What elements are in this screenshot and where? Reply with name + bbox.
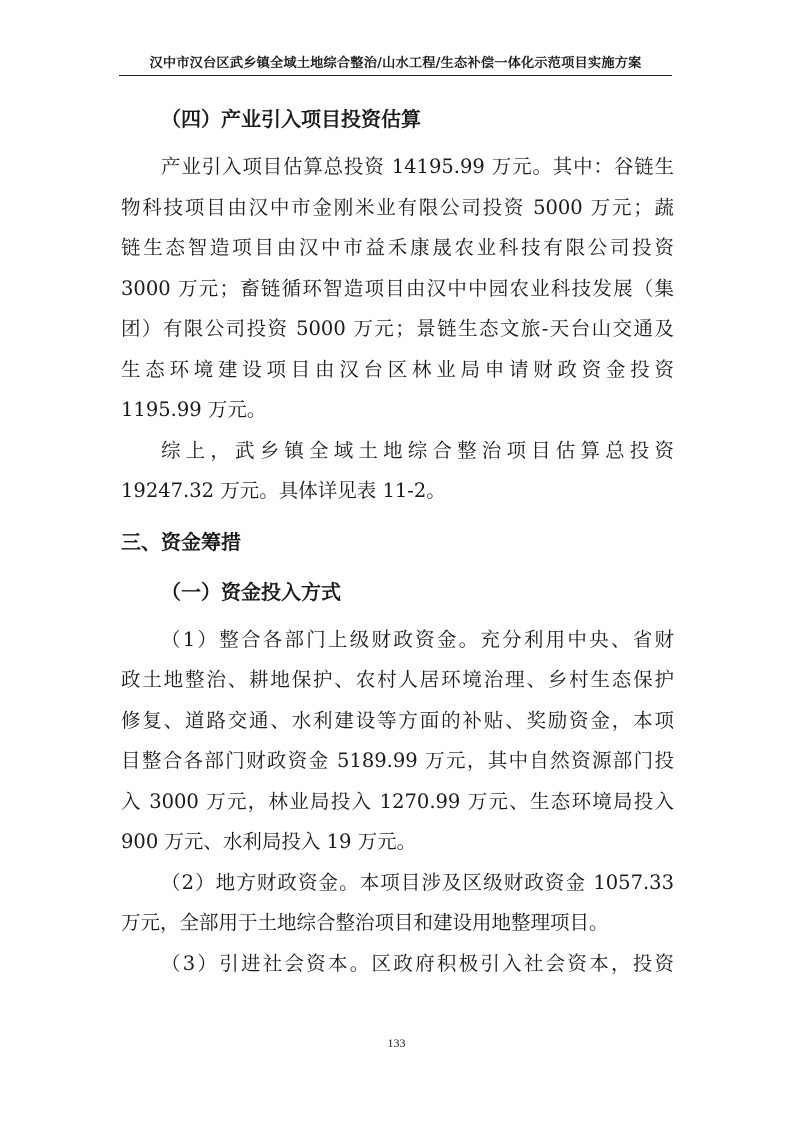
paragraph-line: 入 3000 万元，林业局投入 1270.99 万元、生态环境局投入 (121, 782, 674, 823)
paragraph-line: 链生态智造项目由汉中市益禾康晟农业科技有限公司投资 (121, 228, 674, 269)
paragraph-line: （2）地方财政资金。本项目涉及区级财政资金 1057.33 (121, 863, 674, 904)
paragraph-line: 目整合各部门财政资金 5189.99 万元，其中自然资源部门投 (121, 741, 674, 782)
paragraph-line: （1）整合各部门上级财政资金。充分利用中央、省财 (121, 620, 674, 661)
paragraph-line: 万元，全部用于土地综合整治项目和建设用地整理项目。 (121, 903, 674, 944)
paragraph-total-investment: 综上，武乡镇全域土地综合整治项目估算总投资 19247.32 万元。具体详见表 … (121, 431, 674, 512)
paragraph-line: 团）有限公司投资 5000 万元；景链生态文旅-天台山交通及 (121, 309, 674, 350)
paragraph-line: 政土地整治、耕地保护、农村人居环境治理、乡村生态保护 (121, 660, 674, 701)
paragraph-superior-funds: （1）整合各部门上级财政资金。充分利用中央、省财 政土地整治、耕地保护、农村人居… (121, 620, 674, 863)
paragraph-line: 1195.99 万元。 (121, 390, 674, 431)
page-number: 133 (0, 1036, 793, 1051)
paragraph-line: （3）引进社会资本。区政府积极引入社会资本，投资 (121, 944, 674, 985)
paragraph-line: 3000 万元；畜链循环智造项目由汉中中园农业科技发展（集 (121, 269, 674, 310)
paragraph-line: 物科技项目由汉中市金刚米业有限公司投资 5000 万元；蔬 (121, 188, 674, 229)
running-header: 汉中市汉台区武乡镇全域土地综合整治/山水工程/生态补偿一体化示范项目实施方案 (119, 55, 672, 76)
paragraph-line: 产业引入项目估算总投资 14195.99 万元。其中：谷链生 (121, 147, 674, 188)
paragraph-line: 900 万元、水利局投入 19 万元。 (121, 822, 674, 863)
section-heading-4: （四）产业引入项目投资估算 (121, 99, 674, 139)
paragraph-local-funds: （2）地方财政资金。本项目涉及区级财政资金 1057.33 万元，全部用于土地综… (121, 863, 674, 944)
paragraph-line: 生态环境建设项目由汉台区林业局申请财政资金投资 (121, 350, 674, 391)
subsection-heading-1: （一）资金投入方式 (121, 572, 674, 612)
paragraph-line: 修复、道路交通、水利建设等方面的补贴、奖励资金，本项 (121, 701, 674, 742)
section-heading-3: 三、资金筹措 (121, 522, 674, 562)
paragraph-line: 19247.32 万元。具体详见表 11-2。 (121, 471, 674, 512)
paragraph-social-capital: （3）引进社会资本。区政府积极引入社会资本，投资 (121, 944, 674, 985)
paragraph-industry-investment: 产业引入项目估算总投资 14195.99 万元。其中：谷链生 物科技项目由汉中市… (121, 147, 674, 431)
paragraph-line: 综上，武乡镇全域土地综合整治项目估算总投资 (121, 431, 674, 472)
document-body: （四）产业引入项目投资估算 产业引入项目估算总投资 14195.99 万元。其中… (121, 99, 674, 984)
